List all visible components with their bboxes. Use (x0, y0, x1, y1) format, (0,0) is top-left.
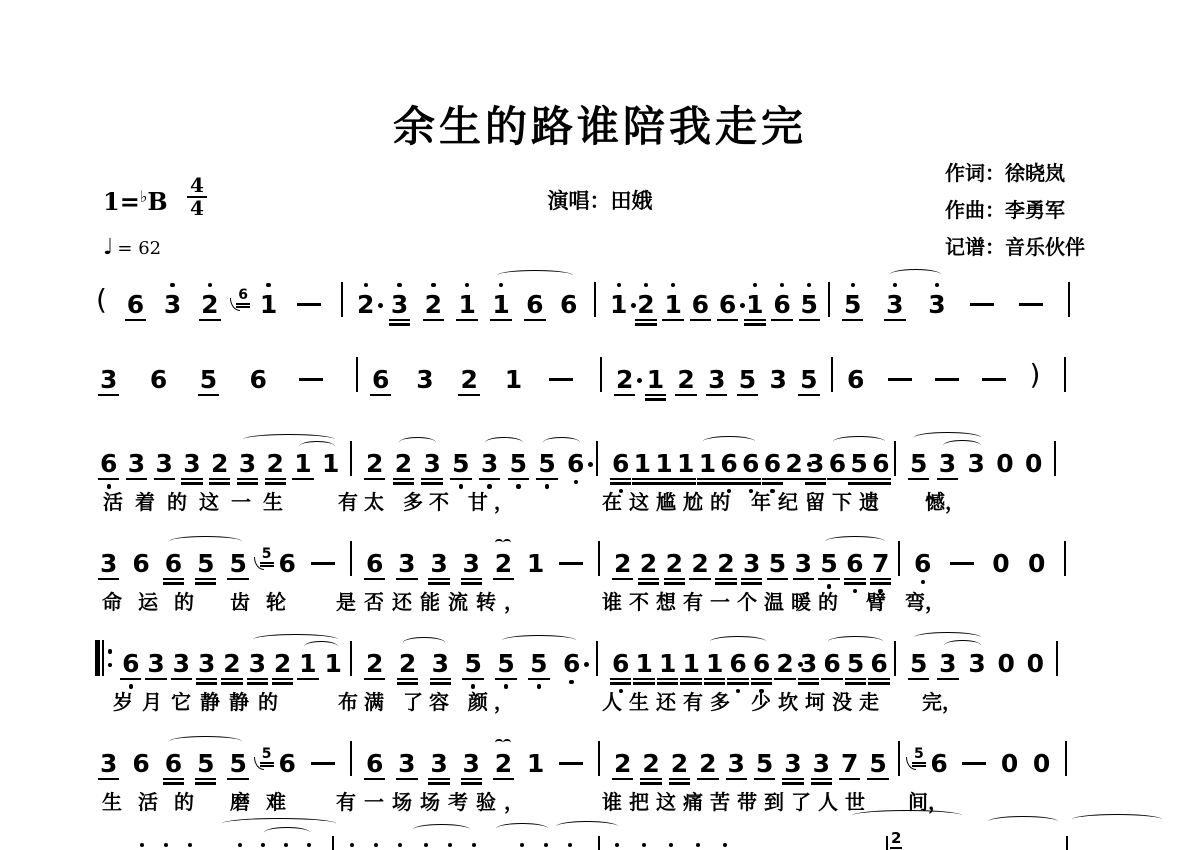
octave-dot-high (266, 283, 270, 287)
underline (669, 778, 690, 780)
underline (221, 678, 242, 680)
grace-tie-icon (230, 298, 240, 311)
measure: 6321 (358, 357, 602, 392)
underline (163, 582, 184, 584)
note: 1 (634, 451, 651, 476)
underline (397, 678, 418, 680)
lyric-segment: 有一场场考验， (336, 786, 532, 815)
note: 6 (729, 651, 746, 676)
underline (718, 482, 739, 484)
underline (536, 478, 557, 480)
underline (524, 319, 545, 321)
underline (818, 578, 839, 580)
underline (783, 478, 804, 480)
note: 5 (800, 367, 817, 392)
underline (199, 319, 220, 321)
barline (831, 357, 833, 392)
underline (612, 778, 633, 780)
note: 2 (201, 292, 218, 317)
note: 2 (785, 451, 802, 476)
note: 6 (563, 651, 580, 676)
note: 3 (100, 551, 117, 576)
octave-dot-low (569, 680, 573, 684)
underline (669, 782, 690, 784)
note: 1 (706, 651, 723, 676)
note: 0 (992, 551, 1009, 576)
underline (171, 678, 192, 680)
underline (126, 478, 147, 480)
measure: 533 (830, 282, 1070, 317)
underline (389, 323, 410, 325)
underline (163, 778, 184, 780)
note: 3 (813, 751, 830, 776)
note: 5 (200, 367, 217, 392)
underline (697, 778, 718, 780)
note: 1 (492, 292, 509, 317)
underline (450, 478, 471, 480)
underline (632, 478, 653, 480)
underline (821, 678, 842, 680)
note: 5 (769, 551, 786, 576)
underline (937, 678, 958, 680)
underline (799, 319, 820, 321)
slur-icon (169, 536, 242, 547)
octave-dot-high (472, 843, 476, 847)
note: 6 (560, 292, 577, 317)
barline (350, 441, 352, 476)
underline (744, 319, 765, 321)
underline (163, 782, 184, 784)
underline (195, 782, 216, 784)
octave-dot-high (780, 283, 784, 287)
underline (845, 682, 866, 684)
underline (664, 578, 685, 580)
octave-dot-high (753, 283, 757, 287)
note: 6 (100, 451, 117, 476)
underline (195, 778, 216, 780)
note: 6 (366, 551, 383, 576)
note: 3 (147, 651, 164, 676)
barline (1064, 541, 1066, 576)
grace-note: 5 (914, 747, 924, 761)
underline (181, 478, 202, 480)
underline (675, 482, 696, 484)
note: 1 (664, 292, 681, 317)
measure: 5600 (900, 741, 1067, 776)
underline (867, 778, 888, 780)
barline (1064, 357, 1066, 392)
underline (154, 478, 175, 480)
slur-icon (828, 636, 884, 647)
underline (726, 778, 747, 780)
underline (844, 582, 865, 584)
note: 1 (677, 451, 694, 476)
note: 6 (132, 551, 149, 576)
note: 5 (497, 651, 514, 676)
note: 3 (239, 451, 256, 476)
note: 6 (567, 451, 584, 476)
slur-icon (943, 440, 980, 451)
underline (704, 678, 725, 680)
credits-block: 作词：徐晓岚 作曲：李勇军 记谱：音乐伙伴 (945, 155, 1085, 266)
note: 6 (742, 451, 759, 476)
grace-tie-icon (254, 557, 264, 570)
underline (680, 682, 701, 684)
barline (350, 641, 352, 676)
underline (364, 478, 385, 480)
underline (798, 682, 819, 684)
underline (727, 682, 748, 684)
note: 0 (1025, 451, 1042, 476)
octave-dot-high (424, 843, 428, 847)
underline (428, 782, 449, 784)
octave-dot-high (617, 283, 621, 287)
barline (596, 441, 598, 476)
underline (98, 394, 119, 396)
slur-icon (988, 816, 1058, 827)
note: 3 (164, 292, 181, 317)
underline (704, 682, 725, 684)
parenthesis: ( (96, 286, 107, 314)
octave-dot-low (574, 480, 578, 484)
note: 3 (173, 651, 190, 676)
underline (163, 578, 184, 580)
note: 2 (776, 651, 793, 676)
underline (744, 323, 765, 325)
note: 3 (423, 451, 440, 476)
note: 3 (100, 751, 117, 776)
duration-dash (559, 762, 583, 765)
note: 5 (510, 451, 527, 476)
note: 3 (769, 367, 786, 392)
note: 1 (746, 292, 763, 317)
note: 2 (614, 551, 631, 576)
note: 6 (692, 292, 709, 317)
mordent-icon (495, 539, 511, 546)
note: 1 (458, 292, 475, 317)
octave-dot-low (537, 684, 541, 688)
underline (209, 482, 230, 484)
underline (890, 847, 902, 849)
underline (364, 778, 385, 780)
octave-dot-high (448, 843, 452, 847)
underline (741, 578, 762, 580)
underline (493, 578, 514, 580)
underline (428, 578, 449, 580)
augmentation-dot (631, 303, 636, 308)
augmentation-dot (588, 462, 593, 467)
note: 3 (100, 367, 117, 392)
underline (272, 678, 293, 680)
underline (396, 778, 417, 780)
underline (805, 478, 826, 480)
barline (886, 836, 888, 850)
underline (640, 778, 661, 780)
underline (754, 778, 775, 780)
lyric-segment: 岁月它静静的 (113, 686, 287, 715)
underline (493, 778, 514, 780)
note: 5 (229, 551, 246, 576)
note: 2 (691, 551, 708, 576)
note: 3 (183, 451, 200, 476)
note: 6 (612, 651, 629, 676)
underline (632, 482, 653, 484)
note: 3 (968, 451, 985, 476)
note: 1 (635, 651, 652, 676)
underline (495, 678, 516, 680)
underline (638, 582, 659, 584)
note: 6 (132, 751, 149, 776)
barline (828, 282, 830, 317)
underline (196, 678, 217, 680)
barline (598, 836, 600, 850)
measure: 2321166 (343, 282, 596, 317)
underline (421, 478, 442, 480)
underline (751, 682, 772, 684)
underline (798, 678, 819, 680)
note: 3 (430, 551, 447, 576)
system-3: 63332321122353556611116662365653300活着的这一… (100, 434, 1056, 476)
underline (209, 478, 230, 480)
lyric-segment: 臂 (866, 586, 886, 615)
slur-icon (556, 821, 618, 832)
octave-dot-high (374, 843, 378, 847)
underline (195, 578, 216, 580)
note: 3 (128, 451, 145, 476)
underline (247, 682, 268, 684)
underline (782, 782, 803, 784)
lyric-segment: 活着的这一生 (103, 486, 295, 515)
note: 2 (642, 751, 659, 776)
note: 3 (198, 651, 215, 676)
lyric-segment: 谁不想有一个温暖的 (602, 586, 845, 615)
note: 2 (223, 651, 240, 676)
note: 3 (430, 751, 447, 776)
underline (844, 578, 865, 580)
barline (1056, 641, 1058, 676)
underline (689, 578, 710, 580)
note: 2 (671, 751, 688, 776)
composer-credit: 作曲：李勇军 (945, 192, 1085, 229)
octave-dot-high (188, 843, 192, 847)
key-signature: 1=♭B (103, 187, 168, 216)
octave-dot-low (921, 580, 925, 584)
lyric-segment: 在这尴尬的 年纪留下遗 (602, 486, 886, 515)
slur-icon (890, 269, 941, 280)
note: 5 (197, 551, 214, 576)
time-signature: 4 4 (187, 175, 207, 219)
underline (690, 319, 711, 321)
underline (610, 482, 631, 484)
note: 2 (399, 651, 416, 676)
octave-dot-high (238, 843, 242, 847)
note: 3 (939, 651, 956, 676)
note: 3 (886, 292, 903, 317)
note: 6 (753, 651, 770, 676)
note: 6 (165, 751, 182, 776)
sheet-music-page: 余生的路谁陪我走完 演唱：田娥 作词：徐晓岚 作曲：李勇军 记谱：音乐伙伴 1=… (0, 0, 1200, 850)
note: 2 (616, 367, 633, 392)
octave-dot-high (669, 843, 673, 847)
underline (421, 482, 442, 484)
note: 7 (841, 751, 858, 776)
quarter-note-icon: ♩ (103, 235, 113, 260)
note: 5 (756, 751, 773, 776)
note: 5 (850, 451, 867, 476)
underline (98, 478, 119, 480)
note: 5 (739, 367, 756, 392)
note: 1 (324, 651, 341, 676)
underline (715, 582, 736, 584)
grace-note: 5 (262, 547, 272, 561)
octave-dot-high (208, 283, 212, 287)
slur-icon (543, 437, 580, 448)
grace-tie-icon (906, 757, 916, 770)
underline (653, 482, 674, 484)
underline (868, 682, 889, 684)
note: 0 (1028, 551, 1045, 576)
underline (845, 678, 866, 680)
underline (479, 478, 500, 480)
underline (370, 394, 391, 396)
duration-dash (549, 378, 573, 381)
time-numerator: 4 (187, 175, 207, 196)
underline (198, 394, 219, 396)
duration-dash (559, 562, 583, 565)
slur-icon (825, 536, 885, 547)
underline (751, 678, 772, 680)
octave-dot-high (431, 283, 435, 287)
underline (664, 582, 685, 584)
underline (428, 582, 449, 584)
note: 2 (495, 751, 512, 776)
underline (842, 319, 863, 321)
octave-dot-high (261, 843, 265, 847)
underline (827, 478, 848, 480)
underline (740, 478, 761, 480)
measure: 2235556 (352, 641, 598, 676)
augmentation-dot (584, 662, 589, 667)
note: 5 (530, 651, 547, 676)
note: 2 (211, 451, 228, 476)
duration-dash (299, 378, 323, 381)
note: 2 (357, 292, 374, 317)
note: 2 (677, 367, 694, 392)
note: 6 (250, 367, 267, 392)
note: 2 (699, 751, 716, 776)
lyric-segment: 是否还能流转， (336, 586, 532, 615)
note: 6 (719, 292, 736, 317)
underline (811, 778, 832, 780)
note: 6 (930, 751, 947, 776)
note: 3 (481, 451, 498, 476)
measure: 600 (900, 541, 1066, 576)
octave-dot-high (642, 843, 646, 847)
note: 6 (829, 451, 846, 476)
underline (461, 578, 482, 580)
underline (430, 682, 451, 684)
underline (635, 319, 656, 321)
note: 5 (844, 292, 861, 317)
note: 2 (614, 751, 631, 776)
slur-icon (502, 635, 576, 646)
octave-dot-high (851, 283, 855, 287)
grace-note: 2 (891, 831, 901, 846)
note: 6 (127, 292, 144, 317)
note: 3 (432, 651, 449, 676)
underline (98, 578, 119, 580)
note: 6 (526, 292, 543, 317)
barline (332, 836, 334, 850)
note: 3 (398, 751, 415, 776)
slur-icon (413, 824, 470, 835)
note: 2 (366, 651, 383, 676)
measure: 2222353375 (600, 741, 900, 776)
note: 1 (655, 451, 672, 476)
octave-dot-high (465, 283, 469, 287)
underline (638, 578, 659, 580)
underline (423, 319, 444, 321)
lyric-segment: 憾， (925, 486, 965, 515)
slur-icon (299, 441, 335, 452)
underline (364, 578, 385, 580)
underline (908, 678, 929, 680)
lyric-segment: 命运的 (102, 586, 210, 615)
note: 5 (229, 751, 246, 776)
underline (195, 582, 216, 584)
lyric-segment: 磨难 (230, 786, 302, 815)
slur-icon (399, 437, 436, 448)
lyricist-credit: 作词：徐晓岚 (945, 155, 1085, 192)
note: 6 (872, 451, 889, 476)
note: 6 (279, 751, 296, 776)
underline (633, 682, 654, 684)
underline (848, 482, 869, 484)
barline (598, 741, 600, 776)
note: 2 (366, 451, 383, 476)
note: 6 (150, 367, 167, 392)
underline (657, 678, 678, 680)
barline (341, 282, 343, 317)
lyric-segment: 谁把这痛苦带到了人世 (602, 786, 872, 815)
underline (237, 482, 258, 484)
note: 2 (267, 451, 284, 476)
underline (715, 578, 736, 580)
slur-icon (485, 437, 522, 448)
octave-dot-high (499, 283, 503, 287)
duration-dash (311, 762, 335, 765)
note: 3 (800, 651, 817, 676)
note: 6 (122, 651, 139, 676)
note: 6 (914, 551, 931, 576)
underline (870, 478, 891, 480)
duration-dash (950, 562, 974, 565)
octave-dot-high (307, 843, 311, 847)
underline (610, 682, 631, 684)
octave-dot-low (545, 484, 549, 488)
slur-icon (1072, 814, 1162, 825)
octave-dot-low (853, 589, 857, 593)
duration-dash (962, 762, 986, 765)
system-4: 366555663332122222353567600命运的齿轮是否还能流转，谁… (100, 534, 1066, 576)
underline (870, 582, 891, 584)
octave-dot-high (164, 843, 168, 847)
barline (894, 641, 896, 676)
note: 3 (708, 367, 725, 392)
note: 3 (928, 292, 945, 317)
barline (1065, 741, 1067, 776)
note: 3 (743, 551, 760, 576)
